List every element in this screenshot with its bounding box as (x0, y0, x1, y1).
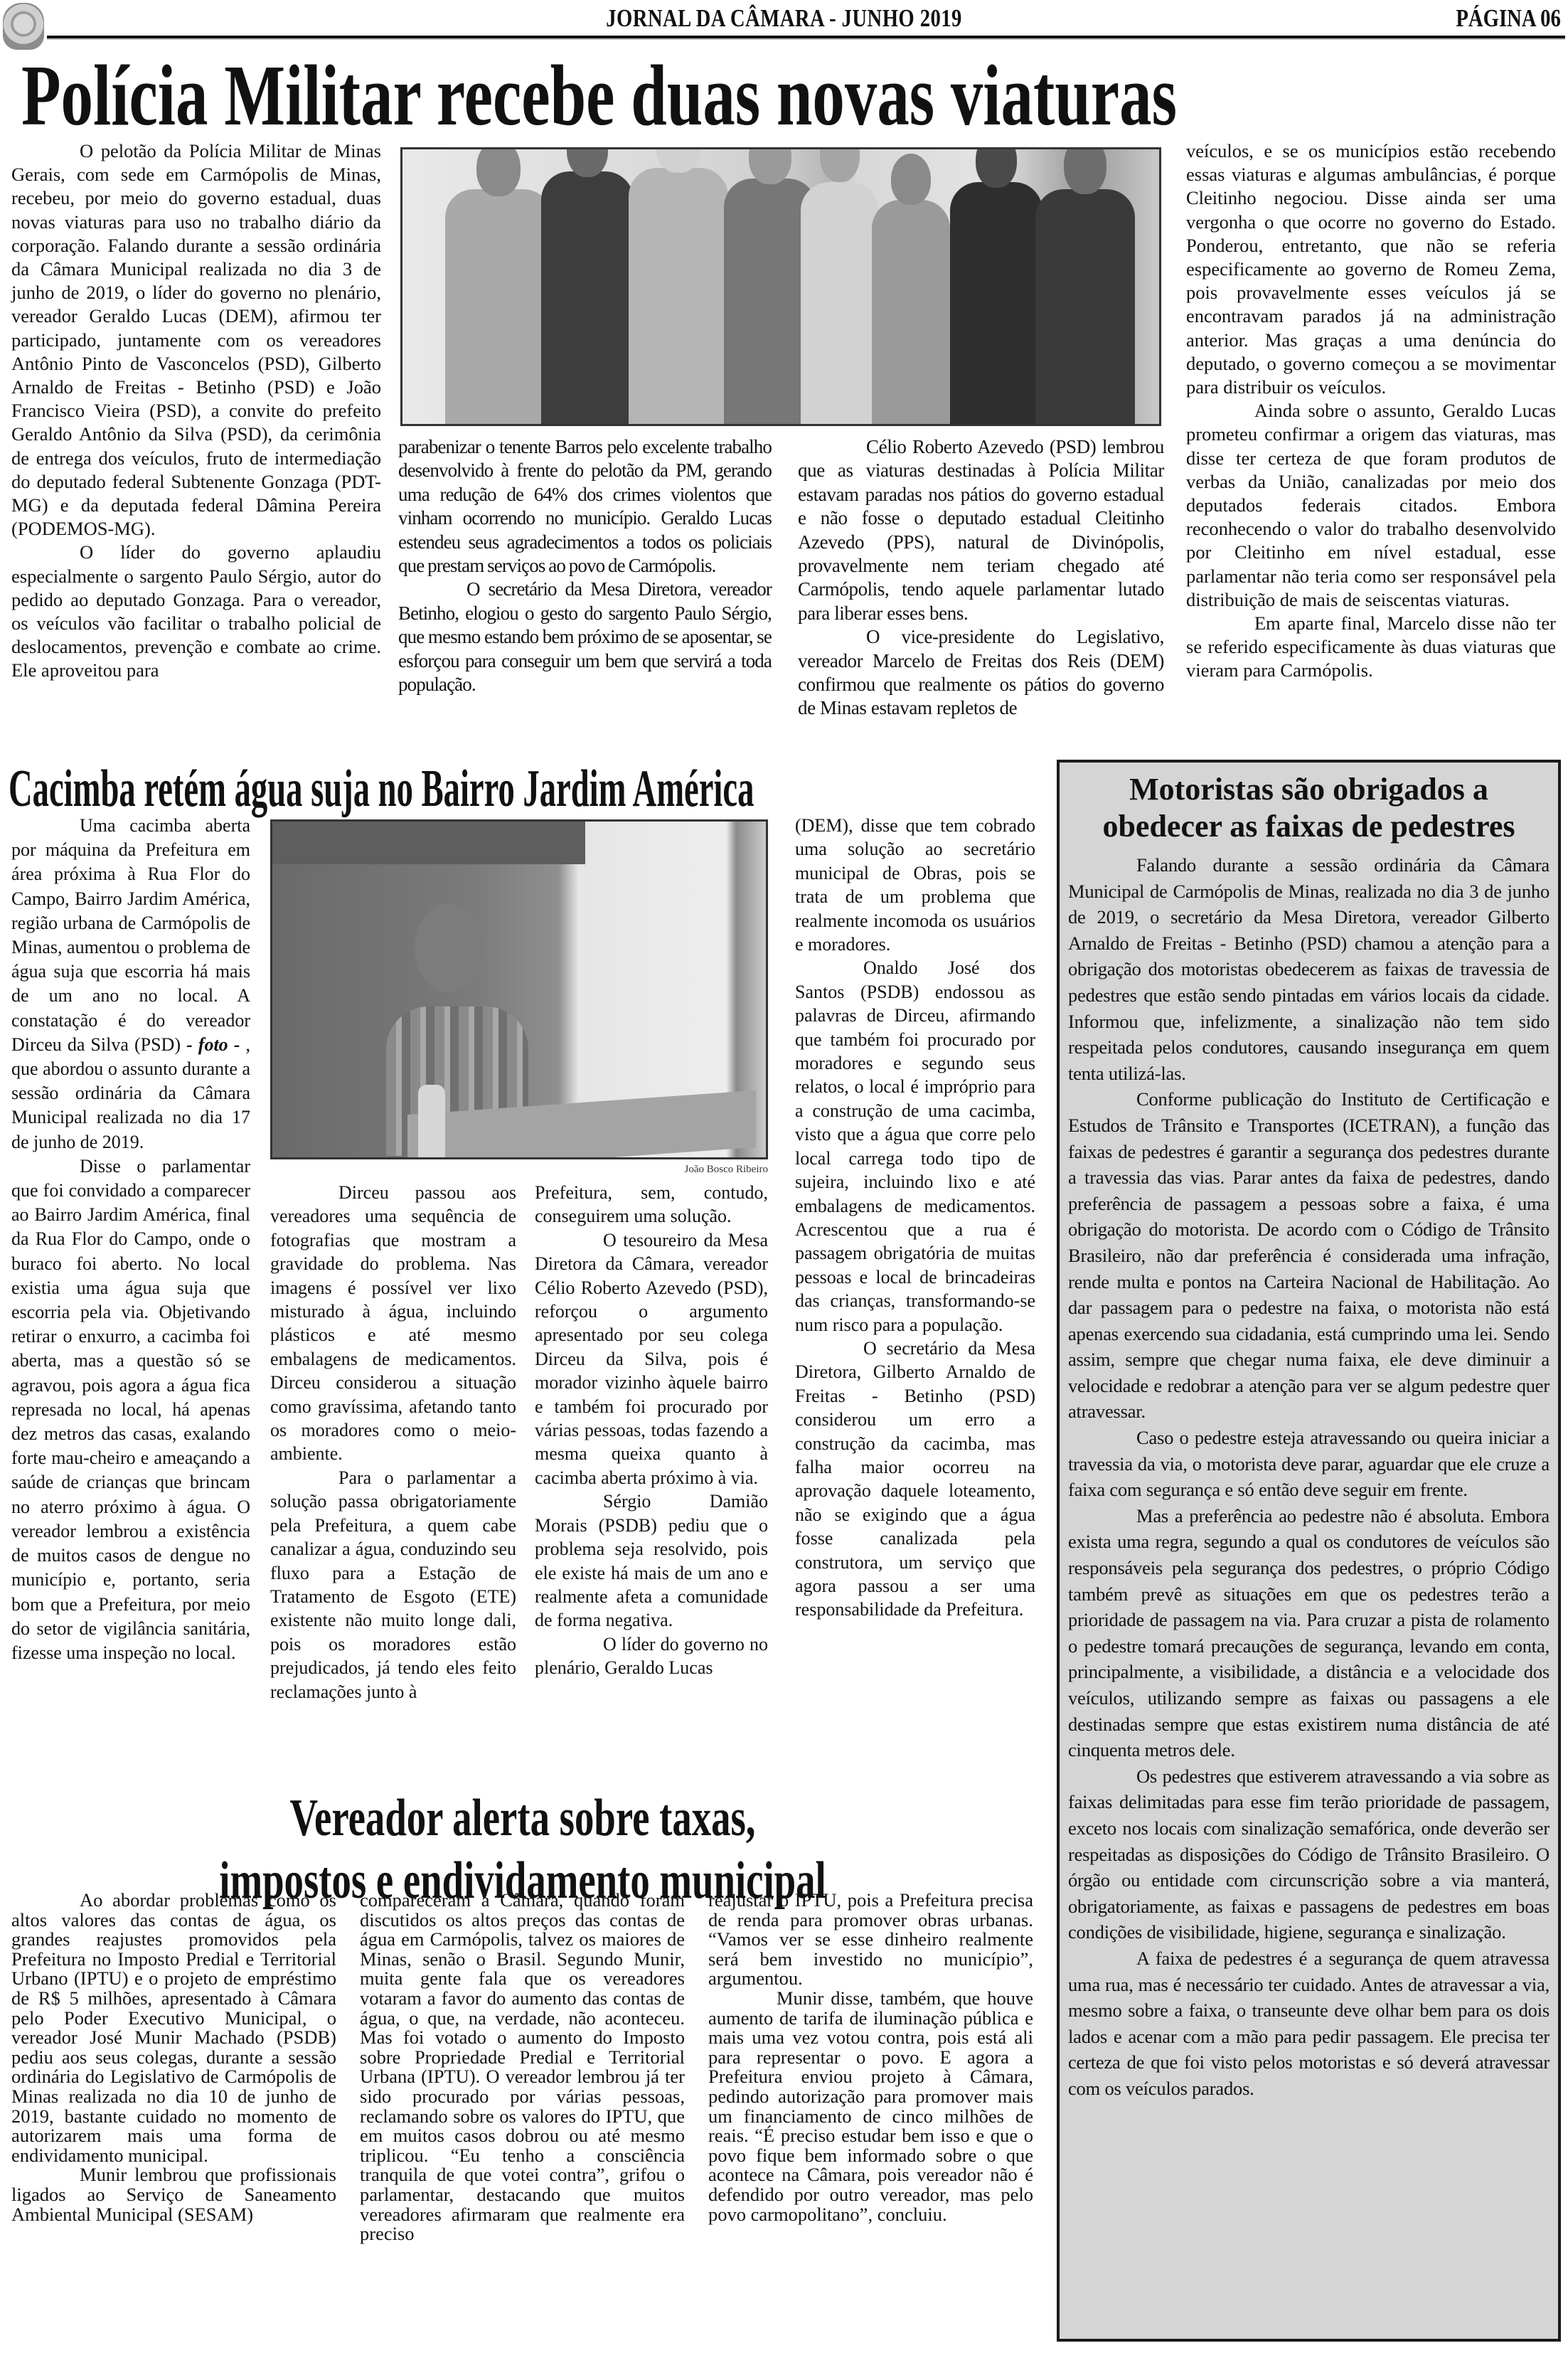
municipal-crest-icon (3, 3, 44, 50)
headline-vereador-line1: Vereador alerta sobre taxas, (136, 1787, 910, 1849)
person-figure (1035, 189, 1135, 424)
headline-police: Polícia Militar recebe duas novas viatur… (21, 53, 1177, 139)
paragraph: O vice-presidente do Legislativo, veread… (798, 625, 1164, 721)
paragraph: Disse o parlamentar que foi convidado a … (11, 1154, 250, 1665)
police-column-2: parabenizar o tenente Barros pelo excele… (398, 435, 772, 696)
masthead-rule (47, 36, 1565, 40)
vereador-column-3: reajustar o IPTU, pois a Prefeitura prec… (708, 1891, 1033, 2224)
paragraph: Célio Roberto Azevedo (PSD) lembrou que … (798, 435, 1164, 625)
paragraph: O líder do governo aplaudiu especialment… (11, 541, 381, 682)
vereador-column-1: Ao abordar problemas como os altos valor… (11, 1891, 336, 2224)
cacimba-column-3: Prefeitura, sem, contudo, conseguirem um… (535, 1181, 768, 1680)
sidebar-headline-line2: obedecer as faixas de pedestres (1060, 808, 1558, 845)
paragraph: Ao abordar problemas como os altos valor… (11, 1891, 336, 2165)
water-bottle (418, 1085, 445, 1159)
paragraph: O secretário da Mesa Diretora, Gilberto … (795, 1337, 1035, 1622)
paragraph: parabenizar o tenente Barros pelo excele… (398, 435, 772, 578)
paragraph: Dirceu passou aos vereadores uma sequênc… (270, 1181, 516, 1466)
vereador-column-2: compareceram à Câmara, quando foram disc… (360, 1891, 685, 2244)
paragraph: O pelotão da Polícia Militar de Minas Ge… (11, 139, 381, 541)
police-column-1: O pelotão da Polícia Militar de Minas Ge… (11, 139, 381, 683)
paragraph: Falando durante a sessão ordinária da Câ… (1068, 852, 1550, 1086)
police-column-3: Célio Roberto Azevedo (PSD) lembrou que … (798, 435, 1164, 721)
paragraph: O tesoureiro da Mesa Diretora da Câmara,… (535, 1228, 768, 1489)
person-figure (872, 200, 950, 424)
paragraph: Onaldo José dos Santos (PSDB) endossou a… (795, 956, 1035, 1337)
person-figure (629, 168, 728, 424)
page-number: PÁGINA 06 (1456, 4, 1561, 33)
paragraph: A faixa de pedestres é a segurança de qu… (1068, 1945, 1550, 2102)
speaker-head (415, 903, 482, 992)
sidebar-headline-line1: Motoristas são obrigados a (1060, 771, 1558, 808)
cacimba-column-4: (DEM), disse que tem cobrado uma solução… (795, 814, 1035, 1622)
photo-reference: - foto - (186, 1034, 240, 1055)
cacimba-column-1: Uma cacimba aberta por máquina da Prefei… (11, 814, 250, 1665)
paragraph: Munir lembrou que profissionais ligados … (11, 2165, 336, 2224)
paragraph: veículos, e se os municípios estão receb… (1186, 139, 1556, 399)
police-group-photo (400, 147, 1161, 426)
person-figure (445, 189, 552, 424)
paragraph: (DEM), disse que tem cobrado uma solução… (795, 814, 1035, 956)
paragraph: compareceram à Câmara, quando foram disc… (360, 1891, 685, 2244)
paragraph: Para o parlamentar a solução passa obrig… (270, 1466, 516, 1704)
person-figure (541, 171, 634, 424)
paragraph: Munir disse, também, que houve aumento d… (708, 1989, 1033, 2224)
person-figure (950, 182, 1042, 424)
paragraph: Conforme publicação do Instituto de Cert… (1068, 1086, 1550, 1425)
photo-credit: João Bosco Ribeiro (583, 1164, 768, 1176)
paragraph: Ainda sobre o assunto, Geraldo Lucas pro… (1186, 399, 1556, 612)
person-figure (801, 182, 879, 424)
newspaper-title: JORNAL DA CÂMARA - JUNHO 2019 (141, 4, 1426, 33)
pedestrian-crossing-sidebar: Motoristas são obrigados a obedecer as f… (1057, 760, 1561, 2342)
paragraph: Prefeitura, sem, contudo, conseguirem um… (535, 1181, 768, 1228)
paragraph: O secretário da Mesa Diretora, vereador … (398, 578, 772, 696)
paragraph: reajustar o IPTU, pois a Prefeitura prec… (708, 1891, 1033, 1989)
sidebar-body: Falando durante a sessão ordinária da Câ… (1060, 849, 1558, 2102)
paragraph: Sérgio Damião Morais (PSDB) pediu que o … (535, 1489, 768, 1632)
paragraph: Mas a preferência ao pedestre não é abso… (1068, 1503, 1550, 1763)
paragraph: Em aparte final, Marcelo disse não ter s… (1186, 612, 1556, 683)
paragraph: O líder do governo no plenário, Geraldo … (535, 1632, 768, 1680)
paragraph: Caso o pedestre esteja atravessando ou q… (1068, 1425, 1550, 1503)
paragraph: Os pedestres que estiverem atravessando … (1068, 1763, 1550, 1945)
paragraph: Uma cacimba aberta por máquina da Prefei… (11, 814, 250, 1154)
police-column-4: veículos, e se os municípios estão receb… (1186, 139, 1556, 683)
cacimba-column-2: Dirceu passou aos vereadores uma sequênc… (270, 1181, 516, 1704)
dirceu-photo (270, 819, 768, 1159)
headline-cacimba: Cacimba retém água suja no Bairro Jardim… (9, 763, 754, 815)
photo-background-chairs (272, 822, 585, 864)
